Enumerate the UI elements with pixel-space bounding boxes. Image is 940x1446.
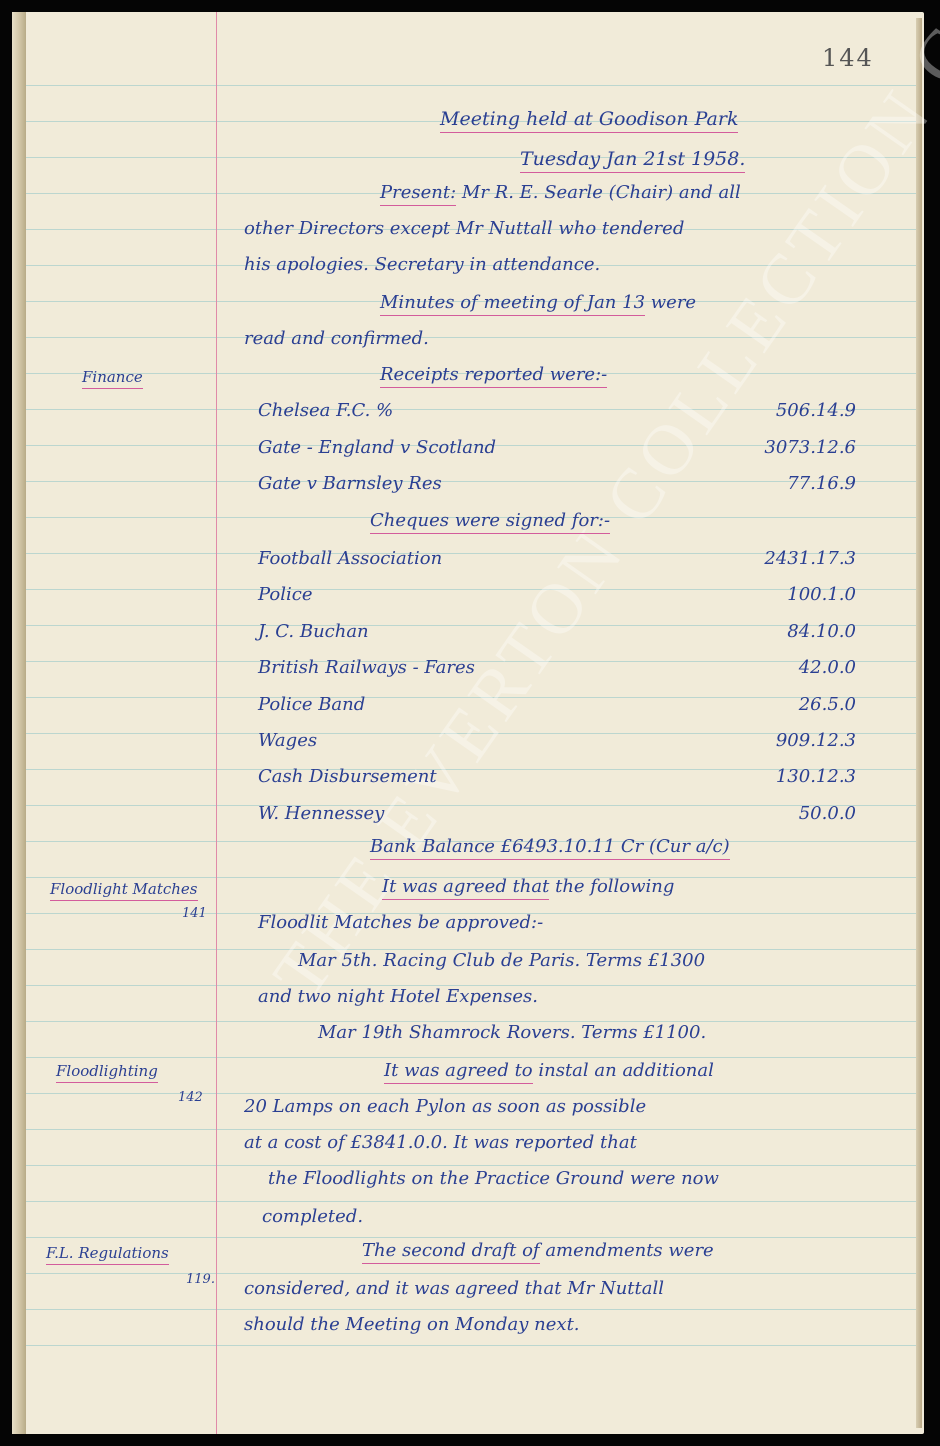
floodlight-line-4: and two night Hotel Expenses.	[258, 986, 538, 1007]
minute-ref: 141	[182, 906, 207, 921]
receipts-heading: Receipts reported were:-	[380, 364, 607, 385]
receipt-amount: 506.14.9	[716, 400, 856, 421]
cheques-heading: Cheques were signed for:-	[370, 510, 610, 531]
cheque-amount: 50.0.0	[716, 803, 856, 824]
floodlighting-line-5: completed.	[262, 1206, 363, 1227]
minutes-line-2: read and confirmed.	[244, 328, 429, 349]
floodlight-line-5: Mar 19th Shamrock Rovers. Terms £1100.	[318, 1022, 706, 1043]
cheque-desc: Cash Disbursement	[258, 766, 437, 787]
cheque-desc: British Railways - Fares	[258, 657, 475, 678]
regulations-line-1: The second draft of amendments were	[362, 1240, 714, 1261]
page-number: 144	[822, 44, 874, 72]
margin-finance: Finance	[82, 368, 143, 386]
cheque-desc: W. Hennessey	[258, 803, 384, 824]
receipt-desc: Gate v Barnsley Res	[258, 473, 442, 494]
floodlighting-line-1: It was agreed to instal an additional	[384, 1060, 714, 1081]
margin-floodlighting: Floodlighting	[56, 1062, 158, 1080]
cheque-amount: 130.12.3	[716, 766, 856, 787]
regulations-line-2: considered, and it was agreed that Mr Nu…	[244, 1278, 664, 1299]
present-line-1: Present: Mr R. E. Searle (Chair) and all	[380, 182, 741, 203]
floodlight-line-1: It was agreed that the following	[382, 876, 674, 897]
floodlighting-line-3: at a cost of £3841.0.0. It was reported …	[244, 1132, 637, 1153]
minutes-line-1: Minutes of meeting of Jan 13 were	[380, 292, 696, 313]
bank-balance: Bank Balance £6493.10.11 Cr (Cur a/c)	[370, 836, 730, 857]
cheque-amount: 2431.17.3	[716, 548, 856, 569]
minute-ref: 142	[178, 1090, 203, 1105]
margin-floodlight-matches: Floodlight Matches	[50, 880, 198, 898]
receipt-desc: Chelsea F.C. %	[258, 400, 393, 421]
cheque-desc: Police Band	[258, 694, 365, 715]
present-line-2: other Directors except Mr Nuttall who te…	[244, 218, 684, 239]
margin-rule	[216, 12, 217, 1434]
meeting-date: Tuesday Jan 21st 1958.	[520, 148, 745, 170]
receipt-desc: Gate - England v Scotland	[258, 437, 496, 458]
cheque-desc: J. C. Buchan	[258, 621, 369, 642]
present-line-3: his apologies. Secretary in attendance.	[244, 254, 600, 275]
receipt-amount: 3073.12.6	[716, 437, 856, 458]
cheque-amount: 909.12.3	[716, 730, 856, 751]
cheque-desc: Football Association	[258, 548, 442, 569]
floodlight-line-2: Floodlit Matches be approved:-	[258, 912, 543, 933]
cheque-amount: 100.1.0	[716, 584, 856, 605]
cheque-amount: 42.0.0	[716, 657, 856, 678]
floodlighting-line-4: the Floodlights on the Practice Ground w…	[268, 1168, 719, 1189]
regulations-line-3: should the Meeting on Monday next.	[244, 1314, 580, 1335]
floodlighting-line-2: 20 Lamps on each Pylon as soon as possib…	[244, 1096, 646, 1117]
margin-fl-regulations: F.L. Regulations	[46, 1244, 169, 1262]
minute-ref: 119.	[186, 1272, 215, 1287]
cheque-amount: 84.10.0	[716, 621, 856, 642]
cheque-amount: 26.5.0	[716, 694, 856, 715]
floodlight-line-3: Mar 5th. Racing Club de Paris. Terms £13…	[298, 950, 705, 971]
meeting-heading: Meeting held at Goodison Park	[440, 108, 738, 130]
receipt-amount: 77.16.9	[716, 473, 856, 494]
page-spine	[12, 12, 26, 1434]
cheque-desc: Police	[258, 584, 312, 605]
cheque-desc: Wages	[258, 730, 317, 751]
page-edge	[916, 18, 922, 1428]
